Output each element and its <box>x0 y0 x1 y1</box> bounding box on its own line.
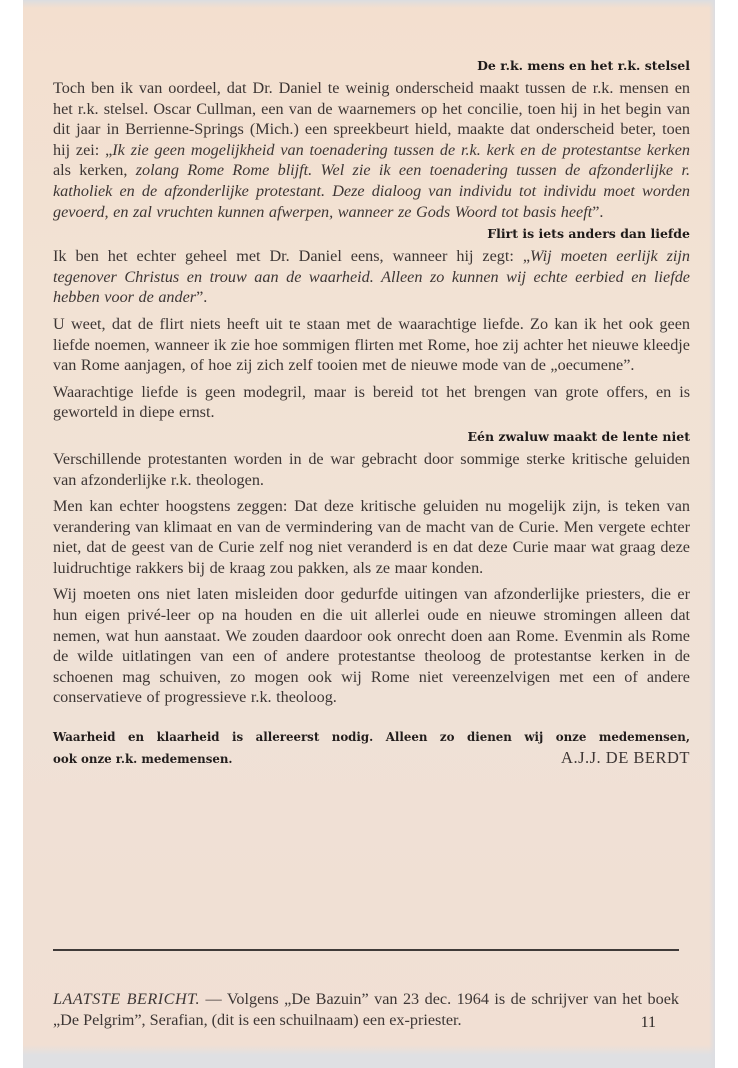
footnote-lead: LAATSTE BERICHT. <box>53 990 200 1008</box>
text-segment: U weet, dat de flirt niets heeft uit te … <box>53 315 690 374</box>
paragraph: Waarachtige liefde is geen modegril, maa… <box>53 382 690 423</box>
paragraph: Men kan echter hoogstens zeggen: Dat dez… <box>53 496 690 578</box>
horizontal-rule <box>53 949 679 951</box>
text-segment: ”. <box>196 288 207 306</box>
closing-line-1: Waarheid en klaarheid is allereerst nodi… <box>53 726 690 748</box>
page-number: 11 <box>641 1014 656 1032</box>
text-segment: Men kan echter hoogstens zeggen: Dat dez… <box>53 497 690 577</box>
article-body: De r.k. mens en het r.k. stelsel Toch be… <box>53 58 690 772</box>
paragraph: Toch ben ik van oordeel, dat Dr. Daniel … <box>53 78 690 222</box>
footnote-laatste-bericht: LAATSTE BERICHT. — Volgens „De Bazuin” v… <box>53 989 679 1030</box>
document-page: De r.k. mens en het r.k. stelsel Toch be… <box>23 0 715 1068</box>
paragraph: Verschillende protestanten worden in de … <box>53 449 690 490</box>
text-segment: ”. <box>592 203 603 221</box>
text-segment: Wij moeten ons niet laten misleiden door… <box>53 585 690 706</box>
author-signature: A.J.J. DE BERDT <box>561 748 690 768</box>
text-segment: Waarachtige liefde is geen modegril, maa… <box>53 383 690 422</box>
section-heading-rk-mens: De r.k. mens en het r.k. stelsel <box>53 58 690 73</box>
paragraph: Wij moeten ons niet laten misleiden door… <box>53 584 690 708</box>
section-heading-zwaluw: Eén zwaluw maakt de lente niet <box>53 429 690 444</box>
closing-statement: Waarheid en klaarheid is allereerst nodi… <box>53 726 690 772</box>
closing-line-2: ook onze r.k. medemensen. <box>53 752 233 766</box>
section-heading-flirt: Flirt is iets anders dan liefde <box>53 226 690 241</box>
paragraph: U weet, dat de flirt niets heeft uit te … <box>53 314 690 376</box>
text-segment: Verschillende protestanten worden in de … <box>53 450 690 489</box>
text-segment: Ik ben het echter geheel met Dr. Daniel … <box>53 247 530 265</box>
paragraph: Ik ben het echter geheel met Dr. Daniel … <box>53 246 690 308</box>
quote-italic: Ik zie geen mogelijkheid van toenadering… <box>112 141 690 159</box>
text-segment: als kerken, <box>53 161 136 179</box>
